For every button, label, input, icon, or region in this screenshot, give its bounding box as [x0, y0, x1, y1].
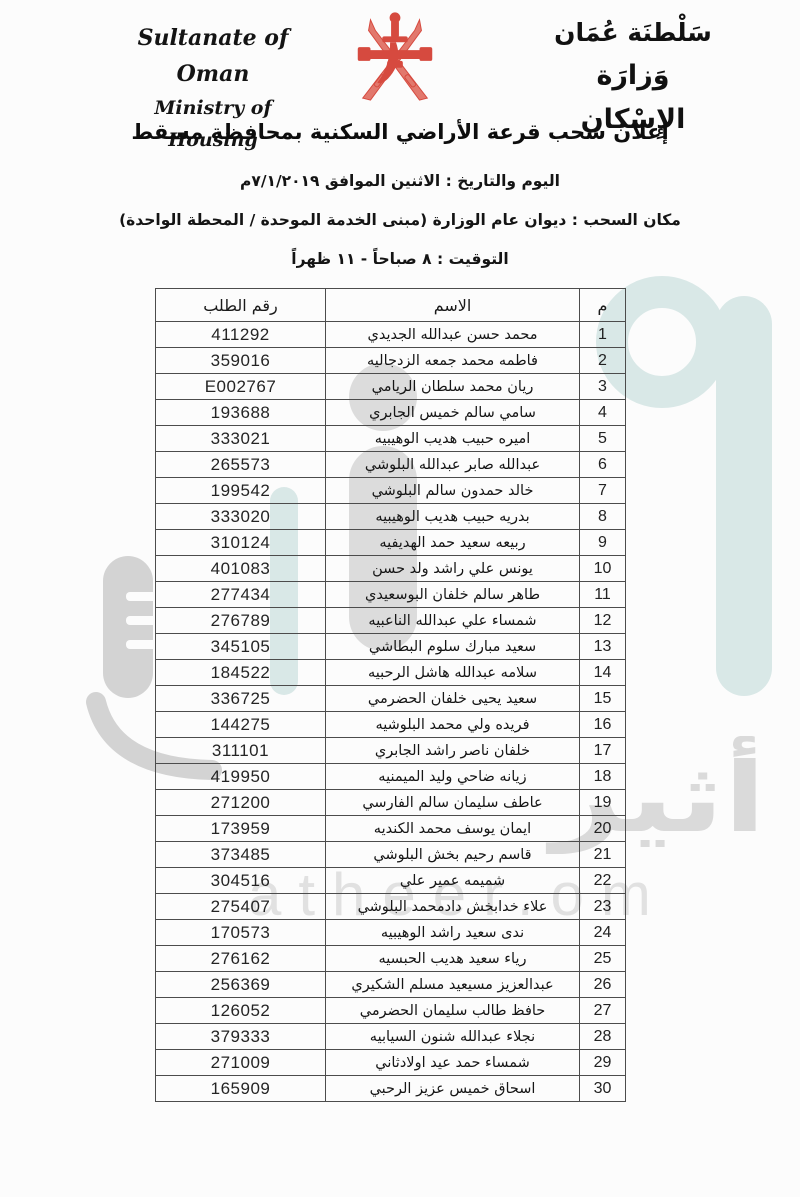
request-number-cell: 304516 — [156, 868, 326, 894]
index-cell: 8 — [580, 504, 626, 530]
request-number-cell: 333021 — [156, 426, 326, 452]
table-row: 6عبدالله صابر عبدالله البلوشي265573 — [156, 452, 626, 478]
table-row: 24ندى سعيد راشد الوهيبيه170573 — [156, 920, 626, 946]
request-number-cell: 373485 — [156, 842, 326, 868]
name-cell: ايمان يوسف محمد الكنديه — [326, 816, 580, 842]
sultanate-of-oman-text: Sultanate of Oman — [118, 20, 308, 92]
name-cell: اسحاق خميس عزيز الرحبي — [326, 1076, 580, 1102]
name-cell: شمساء علي عبدالله الناعبيه — [326, 608, 580, 634]
request-number-cell: 170573 — [156, 920, 326, 946]
name-cell: ربيعه سعيد حمد الهديفيه — [326, 530, 580, 556]
request-number-cell: 199542 — [156, 478, 326, 504]
request-number-cell: 401083 — [156, 556, 326, 582]
index-cell: 22 — [580, 868, 626, 894]
table-row: 11طاهر سالم خلفان البوسعيدي277434 — [156, 582, 626, 608]
index-cell: 16 — [580, 712, 626, 738]
index-cell: 10 — [580, 556, 626, 582]
name-cell: يونس علي راشد ولد حسن — [326, 556, 580, 582]
announcement-title: إعلان سحب قرعة الأراضي السكنية بمحافظة م… — [0, 120, 800, 144]
request-number-cell: 419950 — [156, 764, 326, 790]
request-number-cell: 275407 — [156, 894, 326, 920]
name-cell: عبدالعزيز مسيعيد مسلم الشكيري — [326, 972, 580, 998]
name-cell: قاسم رحيم بخش البلوشي — [326, 842, 580, 868]
request-number-cell: 126052 — [156, 998, 326, 1024]
name-cell: نجلاء عبدالله شنون السيابيه — [326, 1024, 580, 1050]
request-number-cell: 310124 — [156, 530, 326, 556]
table-row: 9ربيعه سعيد حمد الهديفيه310124 — [156, 530, 626, 556]
name-cell: سعيد يحيى خلفان الحضرمي — [326, 686, 580, 712]
name-cell: ريان محمد سلطان الريامي — [326, 374, 580, 400]
index-cell: 13 — [580, 634, 626, 660]
index-cell: 26 — [580, 972, 626, 998]
table-row: 28نجلاء عبدالله شنون السيابيه379333 — [156, 1024, 626, 1050]
name-cell: سعيد مبارك سلوم البطاشي — [326, 634, 580, 660]
request-number-cell: 265573 — [156, 452, 326, 478]
index-cell: 14 — [580, 660, 626, 686]
name-cell: خالد حمدون سالم البلوشي — [326, 478, 580, 504]
table-row: 27حافظ طالب سليمان الحضرمي126052 — [156, 998, 626, 1024]
index-cell: 27 — [580, 998, 626, 1024]
request-number-cell: 271200 — [156, 790, 326, 816]
request-number-cell: E002767 — [156, 374, 326, 400]
request-number-cell: 333020 — [156, 504, 326, 530]
table-row: 14سلامه عبدالله هاشل الرحبيه184522 — [156, 660, 626, 686]
index-cell: 29 — [580, 1050, 626, 1076]
name-cell: فاطمه محمد جمعه الزدجاليه — [326, 348, 580, 374]
index-cell: 12 — [580, 608, 626, 634]
index-cell: 2 — [580, 348, 626, 374]
table-header-row: م الاسم رقم الطلب — [156, 289, 626, 322]
table-row: 26عبدالعزيز مسيعيد مسلم الشكيري256369 — [156, 972, 626, 998]
name-cell: شميمه عمير علي — [326, 868, 580, 894]
index-cell: 17 — [580, 738, 626, 764]
request-number-cell: 379333 — [156, 1024, 326, 1050]
name-cell: علاء خدابخش دادمحمد البلوشي — [326, 894, 580, 920]
index-cell: 3 — [580, 374, 626, 400]
index-cell: 30 — [580, 1076, 626, 1102]
location-line: مكان السحب : ديوان عام الوزارة (مبنى الخ… — [0, 211, 800, 229]
table-row: 10يونس علي راشد ولد حسن401083 — [156, 556, 626, 582]
request-number-cell: 184522 — [156, 660, 326, 686]
table-row: 30اسحاق خميس عزيز الرحبي165909 — [156, 1076, 626, 1102]
request-number-cell: 256369 — [156, 972, 326, 998]
index-column-header: م — [580, 289, 626, 322]
table-row: 29شمساء حمد عيد اولادثاني271009 — [156, 1050, 626, 1076]
index-cell: 21 — [580, 842, 626, 868]
table-row: 18زيانه ضاحي وليد الميمنيه419950 — [156, 764, 626, 790]
index-cell: 4 — [580, 400, 626, 426]
name-cell: محمد حسن عبدالله الجديدي — [326, 322, 580, 348]
request-number-cell: 336725 — [156, 686, 326, 712]
request-number-cell: 276789 — [156, 608, 326, 634]
date-line: اليوم والتاريخ : الاثنين الموافق ٧/١/٢٠١… — [0, 172, 800, 190]
table-row: 17خلفان ناصر راشد الجابري311101 — [156, 738, 626, 764]
request-number-cell: 411292 — [156, 322, 326, 348]
request-number-cell: 173959 — [156, 816, 326, 842]
table-row: 20ايمان يوسف محمد الكنديه173959 — [156, 816, 626, 842]
request-number-cell: 359016 — [156, 348, 326, 374]
oman-national-emblem-icon — [346, 6, 444, 106]
table-row: 16فريده ولي محمد البلوشيه144275 — [156, 712, 626, 738]
name-cell: طاهر سالم خلفان البوسعيدي — [326, 582, 580, 608]
name-cell: اميره حبيب هديب الوهيبيه — [326, 426, 580, 452]
table-row: 3ريان محمد سلطان الرياميE002767 — [156, 374, 626, 400]
index-cell: 7 — [580, 478, 626, 504]
index-cell: 19 — [580, 790, 626, 816]
table-row: 2فاطمه محمد جمعه الزدجاليه359016 — [156, 348, 626, 374]
index-cell: 28 — [580, 1024, 626, 1050]
request-number-cell: 144275 — [156, 712, 326, 738]
lottery-table-body: 1محمد حسن عبدالله الجديدي4112922فاطمه مح… — [156, 322, 626, 1102]
name-cell: حافظ طالب سليمان الحضرمي — [326, 998, 580, 1024]
request-number-cell: 311101 — [156, 738, 326, 764]
index-cell: 18 — [580, 764, 626, 790]
name-cell: فريده ولي محمد البلوشيه — [326, 712, 580, 738]
request-number-cell: 193688 — [156, 400, 326, 426]
index-cell: 23 — [580, 894, 626, 920]
table-row: 8بدريه حبيب هديب الوهيبيه333020 — [156, 504, 626, 530]
table-row: 12شمساء علي عبدالله الناعبيه276789 — [156, 608, 626, 634]
request-number-cell: 276162 — [156, 946, 326, 972]
table-row: 13سعيد مبارك سلوم البطاشي345105 — [156, 634, 626, 660]
document-page: أثير atheer.om Sultanate of Oman Ministr… — [0, 0, 800, 1197]
table-row: 7خالد حمدون سالم البلوشي199542 — [156, 478, 626, 504]
name-cell: ندى سعيد راشد الوهيبيه — [326, 920, 580, 946]
lottery-results-table: م الاسم رقم الطلب 1محمد حسن عبدالله الجد… — [155, 288, 626, 1102]
index-cell: 9 — [580, 530, 626, 556]
request-number-cell: 345105 — [156, 634, 326, 660]
request-number-cell: 277434 — [156, 582, 326, 608]
name-cell: زيانه ضاحي وليد الميمنيه — [326, 764, 580, 790]
request-number-column-header: رقم الطلب — [156, 289, 326, 322]
sultanate-of-oman-arabic-text: سَلْطنَة عُمَان — [548, 12, 718, 54]
index-cell: 20 — [580, 816, 626, 842]
table-row: 19عاطف سليمان سالم الفارسي271200 — [156, 790, 626, 816]
name-cell: بدريه حبيب هديب الوهيبيه — [326, 504, 580, 530]
name-cell: عاطف سليمان سالم الفارسي — [326, 790, 580, 816]
name-cell: سامي سالم خميس الجابري — [326, 400, 580, 426]
index-cell: 25 — [580, 946, 626, 972]
index-cell: 1 — [580, 322, 626, 348]
name-cell: خلفان ناصر راشد الجابري — [326, 738, 580, 764]
index-cell: 5 — [580, 426, 626, 452]
request-number-cell: 165909 — [156, 1076, 326, 1102]
request-number-cell: 271009 — [156, 1050, 326, 1076]
name-cell: شمساء حمد عيد اولادثاني — [326, 1050, 580, 1076]
index-cell: 15 — [580, 686, 626, 712]
index-cell: 24 — [580, 920, 626, 946]
name-cell: عبدالله صابر عبدالله البلوشي — [326, 452, 580, 478]
table-row: 25رياء سعيد هديب الحبسيه276162 — [156, 946, 626, 972]
table-row: 5اميره حبيب هديب الوهيبيه333021 — [156, 426, 626, 452]
table-row: 15سعيد يحيى خلفان الحضرمي336725 — [156, 686, 626, 712]
table-row: 22شميمه عمير علي304516 — [156, 868, 626, 894]
index-cell: 11 — [580, 582, 626, 608]
table-row: 21قاسم رحيم بخش البلوشي373485 — [156, 842, 626, 868]
name-cell: رياء سعيد هديب الحبسيه — [326, 946, 580, 972]
table-row: 4سامي سالم خميس الجابري193688 — [156, 400, 626, 426]
table-row: 23علاء خدابخش دادمحمد البلوشي275407 — [156, 894, 626, 920]
index-cell: 6 — [580, 452, 626, 478]
time-line: التوقيت : ٨ صباحاً - ١١ ظهراً — [0, 250, 800, 268]
table-row: 1محمد حسن عبدالله الجديدي411292 — [156, 322, 626, 348]
name-cell: سلامه عبدالله هاشل الرحبيه — [326, 660, 580, 686]
name-column-header: الاسم — [326, 289, 580, 322]
